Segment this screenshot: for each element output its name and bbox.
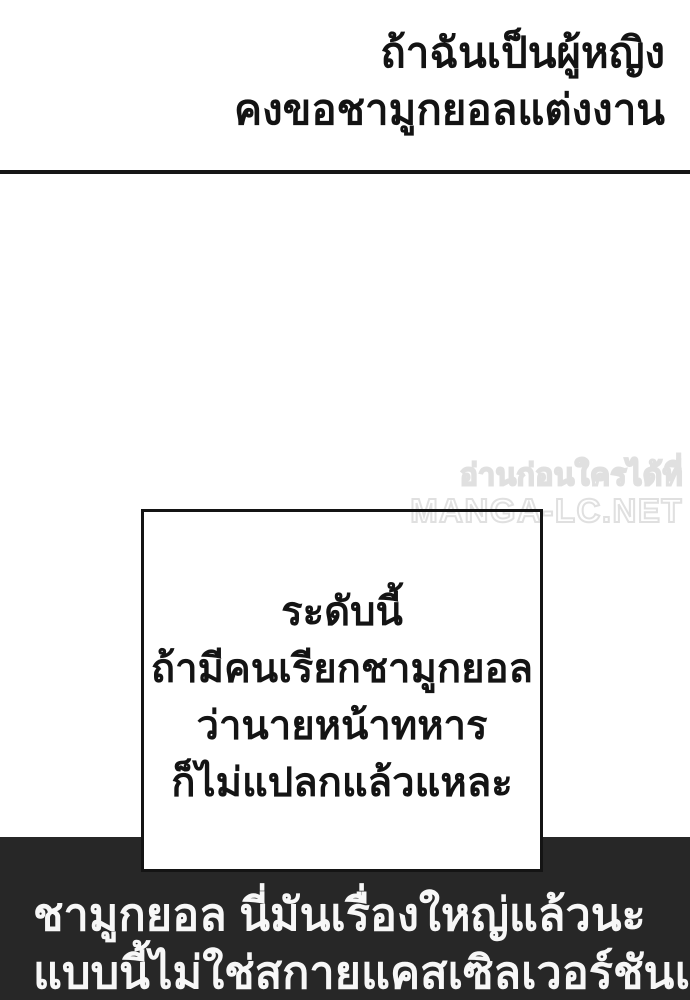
speech-box: ระดับนี้ ถ้ามีคนเรียกชามูกยอล ว่านายหน้า… (141, 509, 543, 872)
bottom-caption-line-1: ชามูกยอล นี่มันเรื่องใหญ่แล้วนะ (33, 886, 690, 944)
manga-page: ถ้าฉันเป็นผู้หญิง คงขอชามูกยอลแต่งงาน อ่… (0, 0, 690, 1000)
panel-divider-line (0, 170, 690, 174)
speech-line-4: ก็ไม่แปลกแล้วแหละ (171, 755, 513, 812)
bottom-caption: ชามูกยอล นี่มันเรื่องใหญ่แล้วนะ แบบนี้ไม… (33, 886, 690, 1000)
top-narration-caption: ถ้าฉันเป็นผู้หญิง คงขอชามูกยอลแต่งงาน (234, 24, 665, 138)
speech-line-2: ถ้ามีคนเรียกชามูกยอล (151, 641, 533, 698)
top-narration-line-1: ถ้าฉันเป็นผู้หญิง (234, 24, 665, 81)
bottom-caption-line-2: แบบนี้ไม่ใช่สกายแคสเซิลเวอร์ชันแทรึง (33, 944, 690, 1000)
speech-line-1: ระดับนี้ (281, 584, 403, 641)
watermark-tagline: อ่านก่อนใครได้ที่ (410, 459, 683, 493)
speech-line-3: ว่านายหน้าทหาร (196, 698, 487, 755)
top-narration-line-2: คงขอชามูกยอลแต่งงาน (234, 81, 665, 138)
